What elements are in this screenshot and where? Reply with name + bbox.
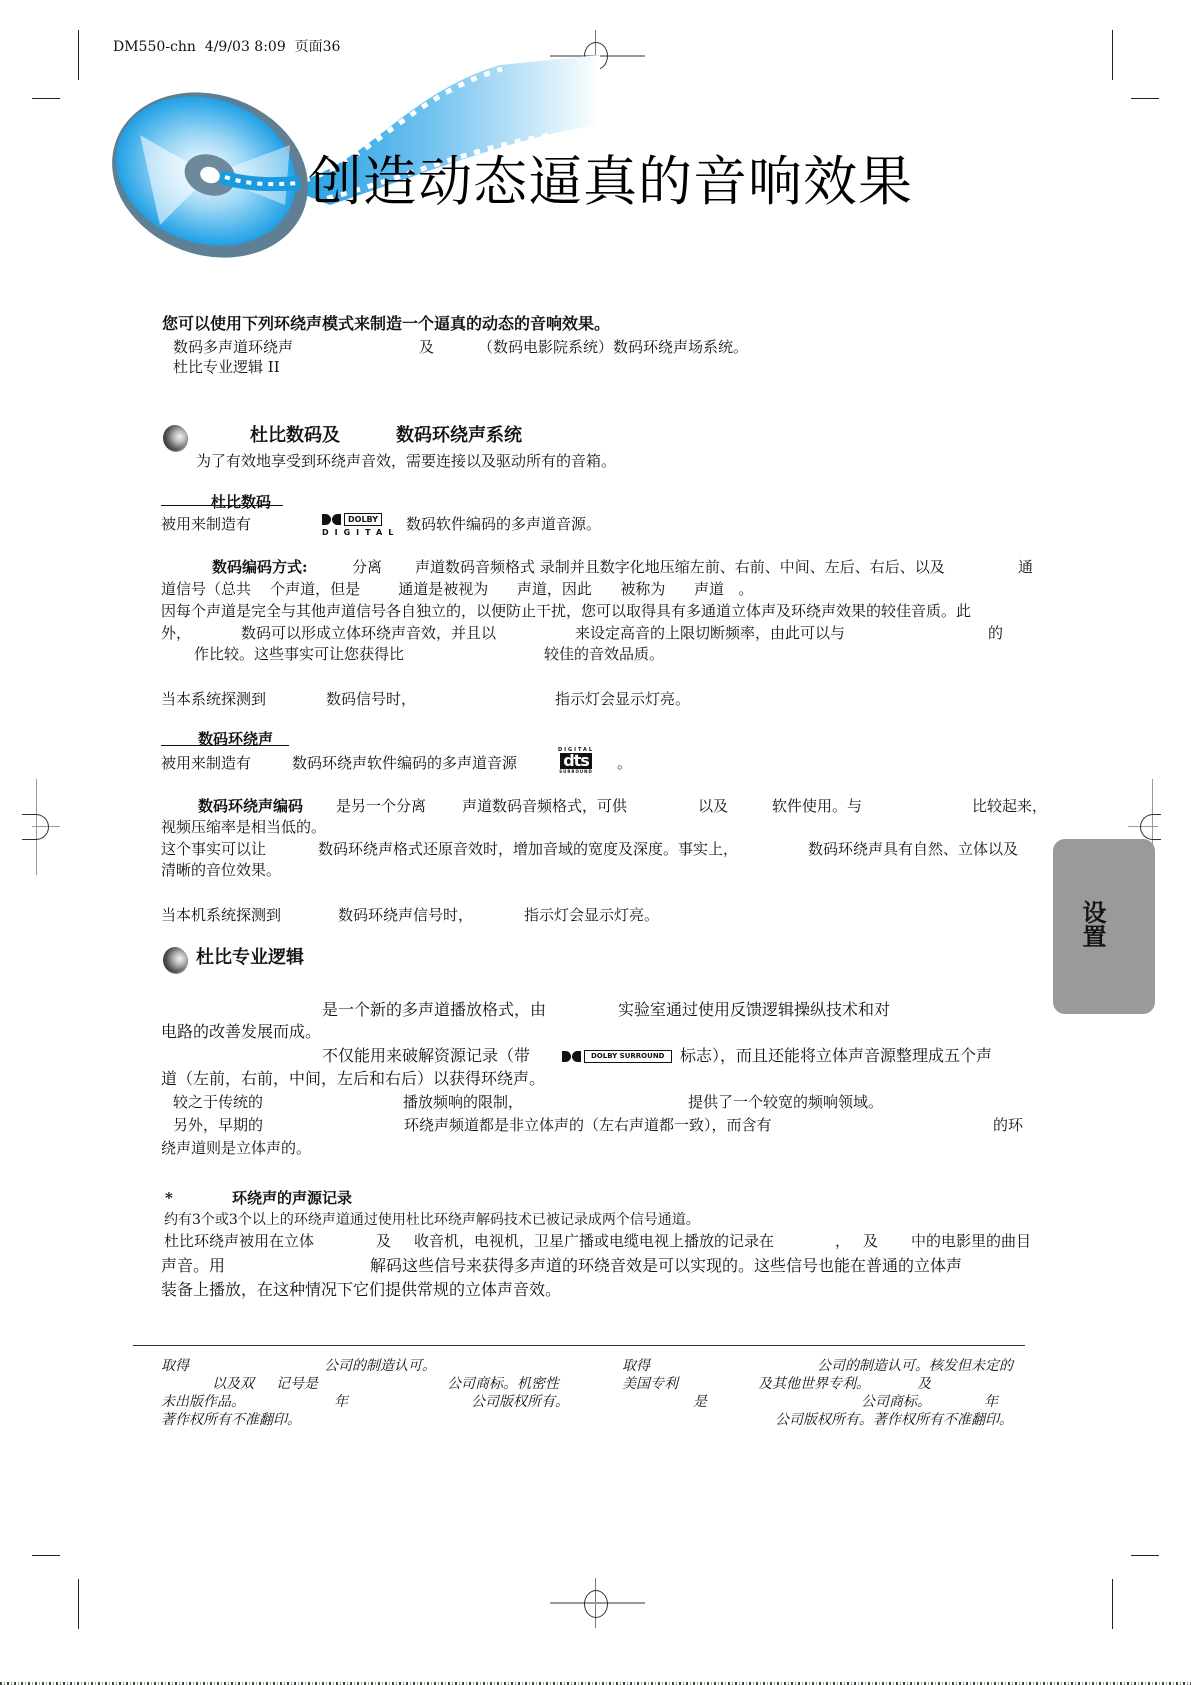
dolby-digital-p1-text: 因每个声道是完全与其他声道信号各自独立的，以便防止干扰，您可以取得具有多通道立体…	[161, 602, 971, 620]
section-bullet-icon	[163, 947, 187, 973]
dts-detect-text: 数码环绕声信号时，	[338, 906, 473, 924]
footer-right-text: 及其他世界专利。	[758, 1376, 870, 1393]
prologic-p3-text: 提供了一个较宽的频响领域。	[688, 1093, 883, 1111]
prologic-p3-text: 播放频响的限制，	[403, 1093, 523, 1111]
registration-mark-right-arc	[1140, 814, 1161, 840]
intro-item-dts: （数码电影院系统）数码环绕声场系统。	[478, 338, 748, 356]
print-header: DM550-chn 4/9/03 8:09 页面36	[113, 38, 340, 56]
dolby-digital-line-a: 被用来制造有	[161, 515, 251, 533]
dts-line-c: 。	[617, 754, 632, 772]
note-text: 解码这些信号来获得多声道的环绕音效是可以实现的。这些信号也能在普通的立体声	[370, 1256, 962, 1276]
intro-item-prologic: 杜比专业逻辑 II	[173, 358, 280, 376]
footer-left-text: 公司版权所有。	[471, 1394, 569, 1411]
note-text: 声音。用	[161, 1256, 225, 1276]
dts-p1-text: 这个事实可以让	[161, 840, 266, 858]
dts-line-a: 被用来制造有	[161, 754, 251, 772]
footer-left-text: 以及双	[212, 1376, 254, 1393]
double-d-icon	[322, 514, 341, 525]
dolby-surround-logo: DOLBY SURROUND	[562, 1050, 672, 1063]
section1-subtitle: 为了有效地享受到环绕声音效，需要连接以及驱动所有的音箱。	[196, 452, 616, 470]
dolby-digital-heading: 杜比数码	[211, 493, 271, 511]
dts-p1-label: 数码环绕声编码	[198, 797, 303, 815]
dolby-digital-p1-text: 的	[988, 624, 1003, 642]
crop-mark-bottom-left-h	[32, 1555, 60, 1556]
prologic-p1-text: 是一个新的多声道播放格式，由	[322, 1000, 546, 1020]
prologic-p1-text: 实验室通过使用反馈逻辑操纵技术和对	[618, 1000, 890, 1020]
note-star: *	[165, 1189, 173, 1207]
dts-p1-text: 以及	[698, 797, 728, 815]
dts-detect-text: 当本机系统探测到	[161, 906, 281, 924]
dts-p1-text: 是另一个分离	[336, 797, 426, 815]
note-text: 及	[863, 1232, 878, 1250]
note-text: 杜比环绕声被用在立体	[164, 1232, 314, 1250]
dts-p1-text: 视频压缩率是相当低的。	[161, 818, 326, 836]
dts-p1-text: 数码环绕声具有自然、立体以及	[808, 840, 1018, 858]
footer-rule	[133, 1345, 1025, 1346]
crop-mark-bottom-right-v	[1112, 1579, 1113, 1629]
dts-logo: DIGITAL dts SURROUND	[557, 747, 595, 777]
dolby-digital-detect-text: 指示灯会显示灯亮。	[555, 690, 690, 708]
dolby-digital-p1-label: 数码编码方式:	[212, 558, 308, 576]
crop-mark-top-right-v	[1112, 30, 1113, 80]
dts-line-b: 数码环绕声软件编码的多声道音源	[292, 754, 517, 772]
footer-left-text: 著作权所有不准翻印。	[161, 1412, 301, 1429]
section-bullet-icon	[163, 425, 187, 451]
footer-right-text: 是	[693, 1394, 707, 1411]
note-text: 约有3个或3个以上的环绕声道通过使用杜比环绕声解码技术已被记录成两个信号通道。	[164, 1211, 700, 1229]
crop-mark-top-left-h	[32, 98, 60, 99]
dolby-digital-p1-text: 分离	[352, 558, 382, 576]
prologic-p3-text: 较之于传统的	[173, 1093, 263, 1111]
intro-item-and: 及	[419, 338, 434, 356]
footer-right-text: 年	[984, 1394, 998, 1411]
footer-right-text: 公司的制造认可。核发但未定的	[817, 1358, 1013, 1375]
dts-p1-text: 比较起来，	[972, 797, 1047, 815]
footer-left-text: 年	[334, 1394, 348, 1411]
crop-mark-bottom-right-h	[1131, 1555, 1159, 1556]
crop-mark-bottom-left-v	[78, 1579, 79, 1629]
note-text: 及	[376, 1232, 391, 1250]
prologic-p4-text: 另外，早期的	[173, 1116, 263, 1134]
dts-p1-text: 清晰的音位效果。	[161, 861, 281, 879]
section1-heading-b: 数码环绕声系统	[396, 425, 522, 447]
footer-right-text: 公司商标。	[861, 1394, 931, 1411]
page-title: 创造动态逼真的音响效果	[308, 150, 913, 214]
dolby-digital-line-b: 数码软件编码的多声道音源。	[406, 515, 601, 533]
footer-left-text: 未出版作品。	[161, 1394, 245, 1411]
footer-right-text: 及	[917, 1376, 931, 1393]
dolby-digital-detect-text: 当本系统探测到	[161, 690, 266, 708]
registration-mark-bottom-oval	[584, 1590, 608, 1618]
dolby-digital-p1-text: 来设定高音的上限切断频率，由此可以与	[575, 624, 845, 642]
dts-heading: 数码环绕声	[198, 730, 273, 748]
footer-right-text: 美国专利	[622, 1376, 678, 1393]
crop-mark-top-left-v	[78, 30, 79, 80]
dts-p1-text: 软件使用。与	[772, 797, 862, 815]
footer-left-text: 公司商标。机密性	[447, 1376, 559, 1393]
prologic-p4-text: 环绕声频道都是非立体声的（左右声道都一致），而含有	[404, 1116, 772, 1134]
dts-detect-text: 指示灯会显示灯亮。	[524, 906, 659, 924]
dolby-digital-detect-text: 数码信号时，	[326, 690, 416, 708]
dts-p1-text: 数码环绕声格式还原音效时，增加音域的宽度及深度。事实上，	[318, 840, 738, 858]
side-tab-label: 设置	[1080, 900, 1110, 948]
dolby-digital-p1-text: 作比较。这些事实可让您获得比	[194, 645, 404, 663]
prologic-p4-text: 绕声道则是立体声的。	[161, 1139, 311, 1157]
dolby-digital-logo: DOLBY DIGITAL	[322, 513, 399, 537]
crop-mark-top-right-h	[1131, 98, 1159, 99]
note-text: 收音机，电视机，卫星广播或电缆电视上播放的记录在	[414, 1232, 774, 1250]
dts-p1-text: 声道数码音频格式，可供	[462, 797, 627, 815]
dolby-digital-p1-text: 道信号（总共 个声道，但是 通道是被视为 声道，因此 被称为 声道 。	[161, 580, 753, 598]
prologic-p2-text: 不仅能用来破解资源记录（带	[322, 1046, 530, 1066]
section1-heading-a: 杜比数码及	[250, 425, 340, 447]
dolby-digital-p1-text: 较佳的音效品质。	[544, 645, 664, 663]
prologic-p2-text: 标志），而且还能将立体声音源整理成五个声	[680, 1046, 992, 1066]
footer-left-text: 取得	[161, 1358, 189, 1375]
note-heading: 环绕声的声源记录	[232, 1189, 352, 1207]
prologic-p1-text: 电路的改善发展而成。	[161, 1022, 321, 1042]
footer-left-text: 记号是	[276, 1376, 318, 1393]
dolby-digital-p1-text: 外，	[161, 624, 191, 642]
registration-mark-left-arc	[22, 814, 49, 840]
dolby-digital-p1-text: 通	[1018, 558, 1033, 576]
dolby-digital-p1-text: 声道数码音频格式 录制并且数字化地压缩左前、右前、中间、左后、右后、以及	[415, 558, 945, 576]
section2-heading: 杜比专业逻辑	[196, 947, 304, 969]
footer-right-text: 取得	[622, 1358, 650, 1375]
footer-left-text: 公司的制造认可。	[324, 1358, 436, 1375]
double-d-icon	[562, 1051, 581, 1062]
note-text: 中的电影里的曲目	[911, 1232, 1031, 1250]
intro-lead: 您可以使用下列环绕声模式来制造一个逼真的动态的音响效果。	[162, 315, 610, 333]
dolby-digital-p1-text: 数码可以形成立体环绕声音效，并且以	[241, 624, 496, 642]
prologic-p2-text: 道（左前，右前，中间，左后和右后）以获得环绕声。	[161, 1069, 545, 1089]
prologic-p4-text: 的环	[993, 1116, 1023, 1134]
footer-right-text: 公司版权所有。著作权所有不准翻印。	[775, 1412, 1013, 1429]
note-text: ，	[835, 1232, 850, 1250]
intro-item-multichannel: 数码多声道环绕声	[173, 338, 293, 356]
note-text: 装备上播放，在这种情况下它们提供常规的立体声音效。	[161, 1280, 561, 1300]
